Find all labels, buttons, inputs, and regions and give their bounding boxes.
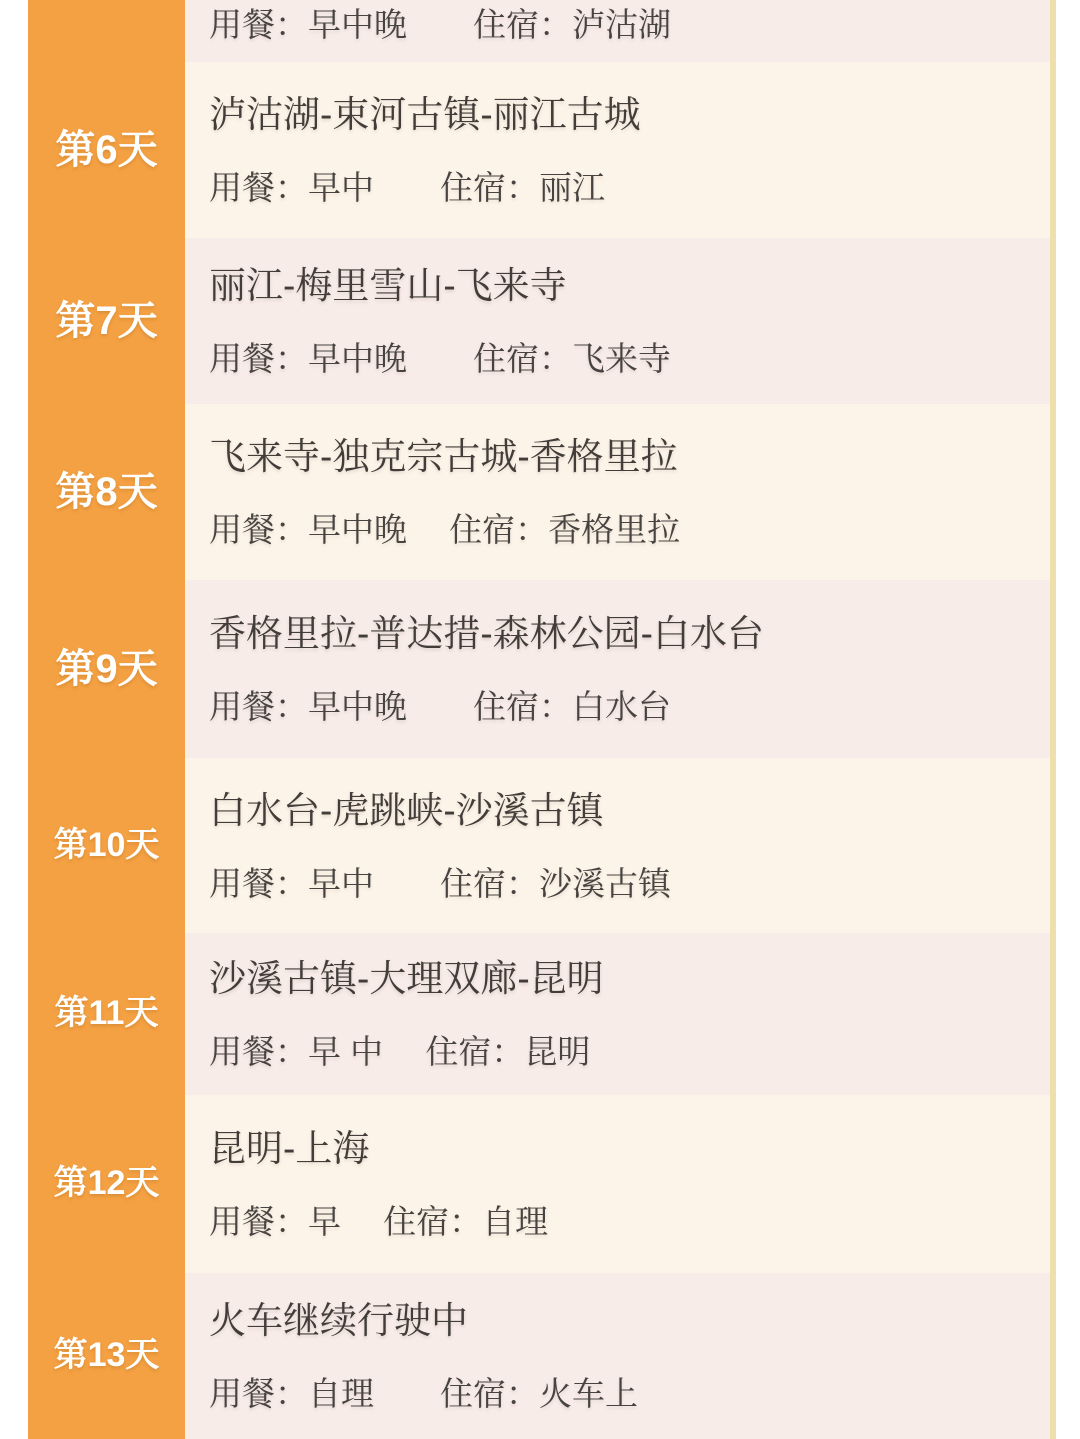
row-content: 白水台-虎跳峡-沙溪古镇 用餐：早中 住宿：沙溪古镇: [185, 758, 1050, 933]
meal-lodging-text: 用餐：早 中 住宿：昆明: [209, 1032, 1050, 1072]
itinerary-row-day13: 第13天 火车继续行驶中 用餐：自理 住宿：火车上: [28, 1273, 1050, 1439]
route-title: 丽江-梅里雪山-飞来寺: [209, 263, 1050, 309]
meal-lodging-text: 用餐：早中晚 住宿：香格里拉: [209, 510, 1050, 550]
day-cell: 第6天: [28, 62, 185, 238]
day-label: 第13天: [54, 1337, 160, 1374]
route-title: 昆明-上海: [209, 1126, 1050, 1172]
day-cell: 第12天: [28, 1095, 185, 1273]
row-content: 丽江-梅里雪山-飞来寺 用餐：早中晚 住宿：飞来寺: [185, 238, 1050, 404]
meal-lodging-text: 用餐：早中晚 住宿：白水台: [209, 687, 1050, 727]
route-title: 飞来寺-独克宗古城-香格里拉: [209, 434, 1050, 480]
day-cell: 第9天: [28, 580, 185, 758]
meal-lodging-text: 用餐：早中 住宿：丽江: [209, 168, 1050, 208]
itinerary-row-day8: 第8天 飞来寺-独克宗古城-香格里拉 用餐：早中晚 住宿：香格里拉: [28, 404, 1050, 580]
itinerary-rows-container: 用餐：早中晚 住宿：泸沽湖 第6天 泸沽湖-束河古镇-丽江古城 用餐：早中 住宿…: [28, 0, 1056, 1439]
itinerary-row-day11: 第11天 沙溪古镇-大理双廊-昆明 用餐：早 中 住宿：昆明: [28, 933, 1050, 1095]
itinerary-row-day10: 第10天 白水台-虎跳峡-沙溪古镇 用餐：早中 住宿：沙溪古镇: [28, 758, 1050, 933]
itinerary-table: 用餐：早中晚 住宿：泸沽湖 第6天 泸沽湖-束河古镇-丽江古城 用餐：早中 住宿…: [28, 0, 1056, 1439]
itinerary-row-day12: 第12天 昆明-上海 用餐：早 住宿：自理: [28, 1095, 1050, 1273]
itinerary-row-partial-top: 用餐：早中晚 住宿：泸沽湖: [28, 0, 1050, 62]
day-label: 第9天: [55, 647, 157, 691]
day-label: 第10天: [54, 827, 160, 864]
route-title: 泸沽湖-束河古镇-丽江古城: [209, 92, 1050, 138]
itinerary-row-day7: 第7天 丽江-梅里雪山-飞来寺 用餐：早中晚 住宿：飞来寺: [28, 238, 1050, 404]
row-content: 泸沽湖-束河古镇-丽江古城 用餐：早中 住宿：丽江: [185, 62, 1050, 238]
row-content: 香格里拉-普达措-森林公园-白水台 用餐：早中晚 住宿：白水台: [185, 580, 1050, 758]
day-cell: 第8天: [28, 404, 185, 580]
meal-lodging-text: 用餐：早中晚 住宿：泸沽湖: [209, 5, 1050, 45]
itinerary-row-day6: 第6天 泸沽湖-束河古镇-丽江古城 用餐：早中 住宿：丽江: [28, 62, 1050, 238]
day-label: 第11天: [55, 995, 159, 1032]
row-content: 昆明-上海 用餐：早 住宿：自理: [185, 1095, 1050, 1273]
route-title: 香格里拉-普达措-森林公园-白水台: [209, 611, 1050, 657]
day-label: 第8天: [55, 470, 157, 514]
day-label: 第6天: [55, 128, 157, 172]
day-cell: 第10天: [28, 758, 185, 933]
meal-lodging-text: 用餐：自理 住宿：火车上: [209, 1374, 1050, 1414]
day-cell-empty: [28, 0, 185, 62]
day-label: 第12天: [54, 1165, 160, 1202]
day-cell: 第7天: [28, 238, 185, 404]
route-title: 沙溪古镇-大理双廊-昆明: [209, 956, 1050, 1002]
row-content: 火车继续行驶中 用餐：自理 住宿：火车上: [185, 1273, 1050, 1439]
row-content: 用餐：早中晚 住宿：泸沽湖: [185, 0, 1050, 62]
meal-lodging-text: 用餐：早 住宿：自理: [209, 1202, 1050, 1242]
row-content: 沙溪古镇-大理双廊-昆明 用餐：早 中 住宿：昆明: [185, 933, 1050, 1095]
itinerary-row-day9: 第9天 香格里拉-普达措-森林公园-白水台 用餐：早中晚 住宿：白水台: [28, 580, 1050, 758]
route-title: 白水台-虎跳峡-沙溪古镇: [209, 788, 1050, 834]
row-content: 飞来寺-独克宗古城-香格里拉 用餐：早中晚 住宿：香格里拉: [185, 404, 1050, 580]
meal-lodging-text: 用餐：早中 住宿：沙溪古镇: [209, 864, 1050, 904]
day-label: 第7天: [55, 299, 157, 343]
day-cell: 第11天: [28, 933, 185, 1095]
day-cell: 第13天: [28, 1273, 185, 1439]
meal-lodging-text: 用餐：早中晚 住宿：飞来寺: [209, 339, 1050, 379]
route-title: 火车继续行驶中: [209, 1298, 1050, 1344]
